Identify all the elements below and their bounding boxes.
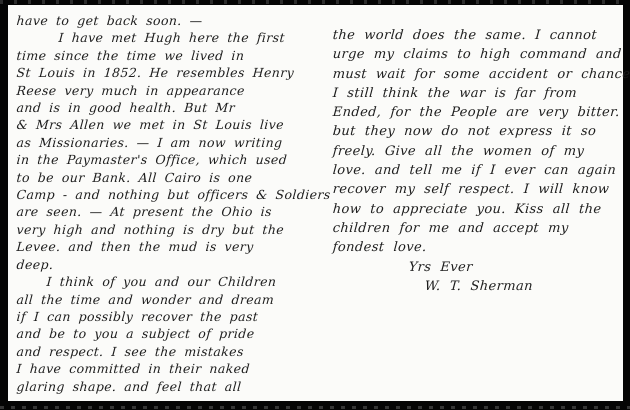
handwritten-line: glaring shape. and feel that all [16, 378, 317, 395]
handwritten-line: deep. [16, 256, 317, 273]
handwritten-line: & Mrs Allen we met in St Louis live [16, 116, 317, 133]
handwritten-line: but they now do not express it so [332, 122, 619, 141]
handwritten-line: love. and tell me if I ever can again [332, 161, 619, 180]
scanned-letter-image: have to get back soon. —I have met Hugh … [0, 0, 630, 410]
handwritten-line: Reese very much in appearance [16, 82, 317, 99]
handwritten-line: children for me and accept my [332, 219, 619, 238]
handwritten-line: and be to you a subject of pride [16, 325, 317, 342]
handwritten-line: I still think the war is far from [332, 84, 619, 103]
handwritten-line: Levee. and then the mud is very [16, 238, 317, 255]
handwritten-line: Camp - and nothing but officers & Soldie… [16, 186, 317, 203]
handwritten-line: have to get back soon. — [16, 12, 317, 29]
handwritten-line: in the Paymaster's Office, which used [16, 151, 317, 168]
handwritten-line: W. T. Sherman [332, 277, 619, 296]
handwritten-line: Yrs Ever [332, 258, 619, 277]
handwritten-line: to be our Bank. All Cairo is one [16, 169, 317, 186]
handwritten-line: must wait for some accident or chance. [332, 65, 619, 84]
handwritten-line: Ended, for the People are very bitter. [332, 103, 619, 122]
handwritten-line: as Missionaries. — I am now writing [16, 134, 317, 151]
handwritten-line: I think of you and our Children [16, 273, 317, 290]
handwritten-line: are seen. — At present the Ohio is [16, 203, 317, 220]
handwritten-line: how to appreciate you. Kiss all the [332, 200, 619, 219]
handwritten-line: if I can possibly recover the past [16, 308, 317, 325]
handwritten-line: all the time and wonder and dream [16, 291, 317, 308]
handwritten-line: I have met Hugh here the first [16, 29, 317, 46]
handwritten-line: I have committed in their naked [16, 360, 317, 377]
handwritten-line: the world does the same. I cannot [332, 26, 619, 45]
handwritten-line: St Louis in 1852. He resembles Henry [16, 64, 317, 81]
handwritten-line: very high and nothing is dry but the [16, 221, 317, 238]
handwritten-line: fondest love. [332, 238, 619, 257]
letter-left-column: have to get back soon. —I have met Hugh … [16, 5, 316, 395]
handwritten-line: recover my self respect. I will know [332, 180, 619, 199]
handwritten-line: urge my claims to high command and [332, 45, 619, 64]
letter-right-column: the world does the same. I cannoturge my… [332, 5, 618, 296]
letter-page: have to get back soon. —I have met Hugh … [8, 5, 623, 401]
handwritten-line: and is in good health. But Mr [16, 99, 317, 116]
handwritten-line: and respect. I see the mistakes [16, 343, 317, 360]
handwritten-line: time since the time we lived in [16, 47, 317, 64]
handwritten-line: freely. Give all the women of my [332, 142, 619, 161]
